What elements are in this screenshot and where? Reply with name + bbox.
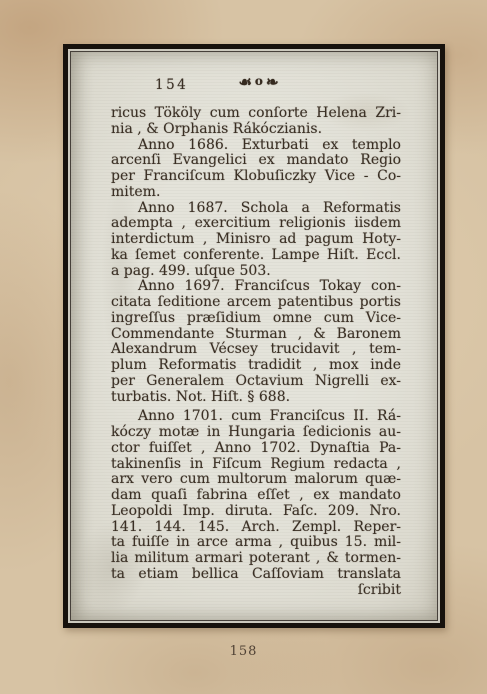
text-line: ricus Tököly cum conſorte Helena Zri- (111, 106, 401, 122)
text-line: ingreſſus præſidium omne cum Vice- (111, 311, 401, 327)
text-line: arcenſi Evangelici ex mandato Regio (111, 153, 401, 169)
text-line: Anno 1697. Franciſcus Tokay con- (111, 279, 401, 295)
floral-left-icon: ☙ (238, 73, 254, 91)
text-line: ctor fuiſſet , Anno 1702. Dynaſtia Pa- (111, 441, 401, 457)
text-line: Commendante Sturman , & Baronem (111, 327, 401, 343)
text-line: ka ſemet conferente. Lampe Hiſt. Eccl. (111, 248, 401, 264)
text-line: adempta , exercitium religionis iisdem (111, 216, 401, 232)
text-line: Anno 1687. Schola a Reformatis (111, 201, 401, 217)
text-line: Anno 1686. Exturbati ex templo (111, 138, 401, 154)
text-line: Anno 1701. cum Franciſcus II. Rá- (111, 409, 401, 425)
text-line: nia , & Orphanis Rákóczianis. (111, 122, 401, 138)
floral-right-icon: ❧ (266, 73, 282, 91)
text-line: per Generalem Octavium Nigrelli ex- (111, 374, 401, 390)
outer-page-number: 158 (0, 644, 487, 659)
text-line: per Franciſcum Klobuſiczky Vice - Co- (111, 169, 401, 185)
paragraph: Anno 1701. cum Franciſcus II. Rá-kóczy m… (111, 409, 401, 582)
paragraph: ſcribit (111, 583, 401, 599)
text-line: citata ſeditione arcem patentibus portis (111, 295, 401, 311)
text-line: dam quaſi fabrina eſſet , ex mandato (111, 488, 401, 504)
paragraph: Anno 1686. Exturbati ex temploarcenſi Ev… (111, 138, 401, 201)
screenshot-root: 154 ☙o❧ ricus Tököly cum conſorte Helena… (0, 0, 487, 694)
text-line: Leopoldi Imp. diruta. Faſc. 209. Nro. (111, 504, 401, 520)
folio-number: 154 (155, 77, 188, 93)
text-line: kóczy motæ in Hungaria ſedicionis au- (111, 425, 401, 441)
text-line: lia militum armari poterant , & tormen- (111, 551, 401, 567)
body-text: ricus Tököly cum conſorte Helena Zri-nia… (111, 106, 401, 598)
text-line: interdictum , Minisro ad pagum Hoty- (111, 232, 401, 248)
text-line: turbatis. Not. Hiſt. § 688. (111, 390, 401, 406)
paragraph: Anno 1687. Schola a Reformatisadempta , … (111, 201, 401, 280)
text-line: Alexandrum Vécsey trucidavit , tem- (111, 342, 401, 358)
text-line: 141. 144. 145. Arch. Zempl. Reper- (111, 520, 401, 536)
paragraph: Anno 1697. Franciſcus Tokay con-citata ſ… (111, 279, 401, 405)
text-line: plum Reformatis tradidit , mox inde (111, 358, 401, 374)
text-line: takinenſis in Fiſcum Regium redacta , (111, 457, 401, 473)
scan-frame: 154 ☙o❧ ricus Tököly cum conſorte Helena… (63, 44, 445, 628)
text-line: arx vero cum multorum malorum quæ- (111, 472, 401, 488)
text-line: ta fuiſſe in arce arma , quibus 15. mil- (111, 535, 401, 551)
paragraph: ricus Tököly cum conſorte Helena Zri-nia… (111, 106, 401, 138)
text-line: a pag. 499. uſque 503. (111, 264, 401, 280)
header-ornament: ☙o❧ (218, 73, 302, 91)
text-line: ta etiam bellica Caſſoviam translata (111, 567, 401, 583)
text-line: mitem. (111, 185, 401, 201)
book-page-scan: 154 ☙o❧ ricus Tököly cum conſorte Helena… (70, 51, 438, 621)
text-line: ſcribit (111, 583, 401, 599)
ornament-letter: o (255, 74, 266, 88)
